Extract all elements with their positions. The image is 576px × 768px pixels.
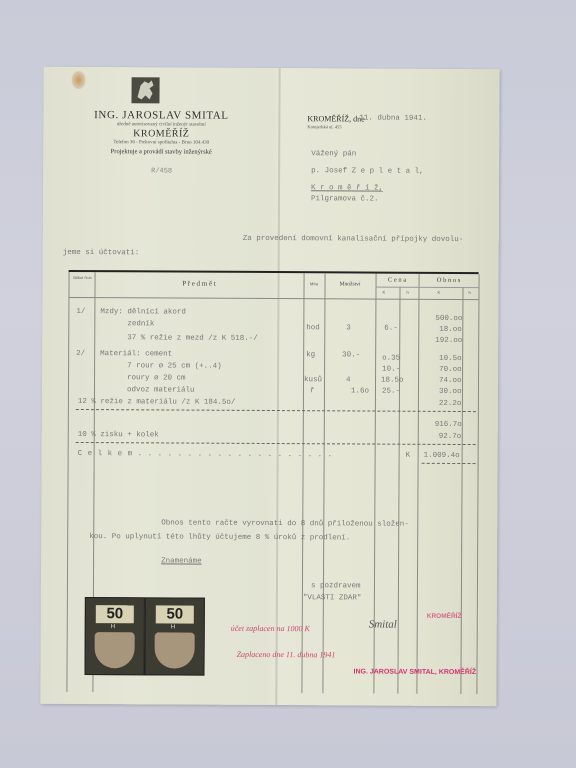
- dateline-address: Kotojedská ul. 455: [307, 124, 341, 129]
- header-price-k: K: [382, 290, 385, 295]
- row-price: 18.5o: [381, 377, 404, 385]
- row-price: o.35: [382, 355, 400, 363]
- header-order: Běžné číslo: [71, 275, 95, 280]
- row-amount: 500.oo: [435, 315, 462, 323]
- table-col-price-h: [397, 287, 400, 694]
- row-unit: hod: [306, 324, 320, 332]
- row-number: 2/: [76, 350, 85, 358]
- dateline-place: KROMĚŘÍŽ, dne: [307, 114, 364, 123]
- header-item: P ř e d m ě t: [95, 279, 304, 288]
- table-row: 12 % režie z materiálu /z K 184.5o/ 22.2…: [44, 67, 500, 69]
- dateline-date: 11. dubna 1941.: [359, 114, 427, 122]
- table-row: 7 rour ø 25 cm (+..4) 10.- 70.oo: [44, 67, 500, 69]
- row-amount: 70.oo: [439, 366, 462, 374]
- row-item: 7 rour ø 25 cm (+..4): [100, 362, 222, 371]
- row-amount: 192.oo: [435, 337, 462, 345]
- row-amount: 10.5o: [439, 355, 462, 363]
- row-qty: 3: [346, 324, 351, 332]
- row-unit: kg: [306, 351, 315, 359]
- reference-number: R/458: [151, 167, 172, 175]
- stamp-value: 50: [96, 605, 134, 623]
- paper-stain: [72, 71, 86, 89]
- recipient-salutation: Vážený pán: [311, 150, 356, 158]
- row-item: zedník: [100, 320, 154, 328]
- row-item: Materiál: cement: [100, 350, 172, 358]
- subtotal-amount: 916.7o: [435, 421, 462, 429]
- profit-amount: 92.7o: [439, 433, 462, 441]
- header-price: C e n a: [376, 277, 419, 284]
- header-amount-k: K: [437, 290, 440, 295]
- header-amount-h: h: [468, 290, 470, 295]
- table-col-amount: [416, 274, 419, 694]
- total-currency: K: [406, 452, 411, 460]
- revenue-stamp: 50 H: [144, 597, 204, 675]
- payment-terms-line-2: kou. Po uplynutí této lhůty účtujeme 8 %…: [89, 533, 350, 542]
- invoice-paper: ING. JAROSLAV SMITAL úředně autorisovaný…: [40, 67, 499, 706]
- total-amount: 1.009.4o: [424, 452, 460, 460]
- header-unit: Míra: [304, 281, 325, 286]
- row-amount: 30.oo: [439, 388, 462, 396]
- row-item: 37 % režie z mezd /z K 518.-/: [100, 334, 258, 343]
- recipient-name: p. Josef Z e p l e t a l,: [311, 167, 424, 176]
- table-header-rule: [68, 297, 478, 301]
- table-border-left: [66, 272, 69, 692]
- company-services: Projektuje a provádí stavby inženýrské: [43, 148, 279, 156]
- row-amount: 74.oo: [439, 377, 462, 385]
- coat-of-arms-icon: [155, 632, 195, 668]
- handwritten-paid-date: Zaplaceno dne 11. dubna 1941: [237, 650, 336, 660]
- table-row: 1/ Mzdy: dělnící akord 500.oo: [44, 67, 500, 69]
- ink-stamp-city: KROMĚŘÍŽ: [427, 613, 462, 620]
- ink-stamp-company: ING. JAROSLAV SMITAL, KROMĚŘÍŽ: [353, 668, 476, 676]
- company-name: ING. JAROSLAV SMITAL: [43, 109, 279, 122]
- handwritten-receipt-note: účet zaplacen na 1000 K: [231, 624, 310, 633]
- table-col-amount-h: [460, 287, 463, 694]
- row-qty: 1.6o: [351, 387, 369, 395]
- lion-emblem-icon: [131, 77, 159, 103]
- row-price: 10.-: [382, 366, 400, 374]
- payment-terms-line-1: Obnos tento račte vyrovnati do 8 dnů při…: [161, 519, 409, 528]
- footer-note: Znamenáme: [161, 557, 202, 565]
- revenue-stamp: 50 H: [84, 597, 144, 675]
- recipient-city: K r o m ě ř í ž,: [311, 184, 383, 192]
- total-underline: [422, 463, 476, 465]
- total-label: C e l k e m . . . . . . . . . . . . . . …: [78, 450, 333, 459]
- stamp-value: 50: [156, 605, 194, 623]
- stamp-unit: H: [111, 624, 115, 630]
- closing-greeting: s pozdravem: [311, 582, 361, 590]
- header-qty: Množství: [325, 281, 376, 287]
- recipient-street: Pilgramova č.2.: [311, 195, 379, 203]
- row-item: roury ø 20 cm: [100, 374, 186, 382]
- table-row: odvoz materiálu ř 1.6o 25.- 30.oo: [44, 67, 500, 69]
- intro-line-2: jeme si účtovati:: [63, 249, 140, 257]
- table-border-right: [476, 274, 479, 694]
- row-price: 25.-: [382, 388, 400, 396]
- profit-label: 10 % zisku + kolek: [78, 431, 159, 439]
- closing-motto: "VLASTI ZDAR": [303, 594, 362, 602]
- intro-line-1: Za provedení domovní kanalisační přípojk…: [243, 235, 464, 244]
- table-col-qty: [322, 273, 325, 693]
- signature: Smital: [369, 619, 397, 631]
- row-item: odvoz materiálu: [100, 386, 195, 394]
- coat-of-arms-icon: [95, 632, 135, 668]
- paper-fold: [275, 68, 280, 705]
- header-price-h: h: [406, 290, 408, 295]
- company-city: KROMĚŘÍŽ: [43, 128, 279, 140]
- row-item: Mzdy: dělnící akord: [100, 308, 186, 316]
- company-contact: Telefon 36 - Poštovní spořitelna - Brno …: [43, 140, 279, 146]
- table-row: zedník hod 3 6.- 18.oo: [44, 67, 500, 69]
- row-unit: ř: [310, 387, 315, 395]
- table-row: 2/ Materiál: cement kg 30.- o.35 10.5o: [44, 67, 500, 69]
- row-number: 1/: [76, 308, 85, 316]
- table-row: roury ø 20 cm kusů 4 18.5o 74.oo: [44, 67, 500, 69]
- row-qty: 4: [346, 376, 351, 384]
- stamp-unit: H: [171, 624, 175, 630]
- header-amount: O b n o s: [419, 277, 479, 284]
- row-amount: 22.2o: [439, 400, 462, 408]
- table-top-rule: [69, 270, 479, 274]
- table-subheader-rule: [376, 287, 479, 290]
- row-unit: kusů: [304, 376, 322, 384]
- row-qty: 30.-: [342, 351, 360, 359]
- table-row: 37 % režie z mezd /z K 518.-/ 192.oo: [44, 67, 500, 69]
- row-price: 6.-: [384, 325, 398, 333]
- row-item: 12 % režie z materiálu /z K 184.5o/: [78, 398, 236, 407]
- row-amount: 18.oo: [439, 326, 462, 334]
